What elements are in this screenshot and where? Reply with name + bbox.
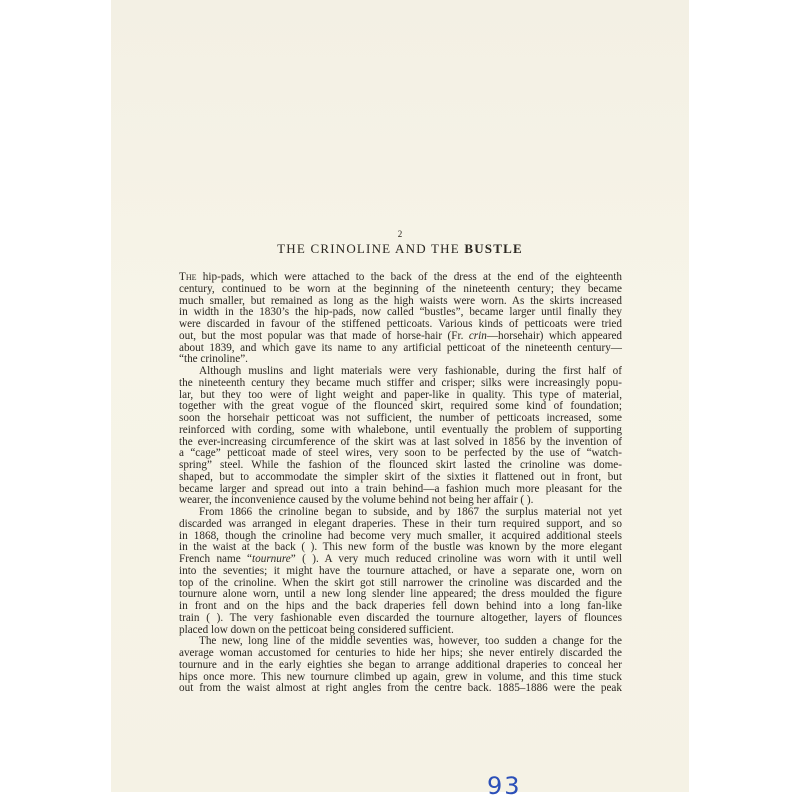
chapter-number: 2 [111, 229, 689, 239]
text-line: shaped, but to accommodate the simpler s… [179, 472, 622, 484]
text-line: spring” steel. While the fashion of the … [179, 460, 622, 472]
text-line: in front and on the hips and the back dr… [179, 601, 622, 613]
text-line: out, but the most popular was that made … [179, 331, 622, 343]
paragraph: The new, long line of the middle seventi… [179, 636, 622, 695]
body-text: The hip-pads, which were attached to the… [179, 272, 622, 695]
paragraph: From 1866 the crinoline began to subside… [179, 507, 622, 636]
text-line: discarded was arranged in elegant draper… [179, 519, 622, 531]
paragraph: Although muslins and light materials wer… [179, 366, 622, 507]
chapter-title-regular: THE CRINOLINE AND THE [277, 241, 464, 256]
italic-term: tournure [252, 553, 291, 565]
chapter-title-bold: BUSTLE [464, 241, 523, 256]
smallcaps-lead: The [179, 271, 197, 283]
text-line: French name “tournure” ( ). A very much … [179, 554, 622, 566]
text-line: century, continued to be worn at the beg… [179, 284, 622, 296]
text-line: the nineteenth century they became much … [179, 378, 622, 390]
text-line: into the seventies; it might have the to… [179, 566, 622, 578]
text-line: The hip-pads, which were attached to the… [179, 272, 622, 284]
text-line: were discarded in favour of the stiffene… [179, 319, 622, 331]
text-line: out from the waist almost at right angle… [179, 683, 622, 695]
text-line: train ( ). The very fashionable even dis… [179, 613, 622, 625]
chapter-title: THE CRINOLINE AND THE BUSTLE [111, 241, 689, 257]
text-line: soon the horsehair petticoat was not suf… [179, 413, 622, 425]
paragraph: The hip-pads, which were attached to the… [179, 272, 622, 366]
handwritten-page-number: 93 [487, 772, 522, 800]
document-page: 2 THE CRINOLINE AND THE BUSTLE The hip-p… [111, 0, 689, 792]
text-line: reinforced with cording, some with whale… [179, 425, 622, 437]
text-line: Although muslins and light materials wer… [179, 366, 622, 378]
italic-term: crin [469, 330, 487, 342]
text-line: tournure and in the early eighties she b… [179, 660, 622, 672]
text-line: From 1866 the crinoline began to subside… [179, 507, 622, 519]
text-line: average woman accustomed for centuries t… [179, 648, 622, 660]
